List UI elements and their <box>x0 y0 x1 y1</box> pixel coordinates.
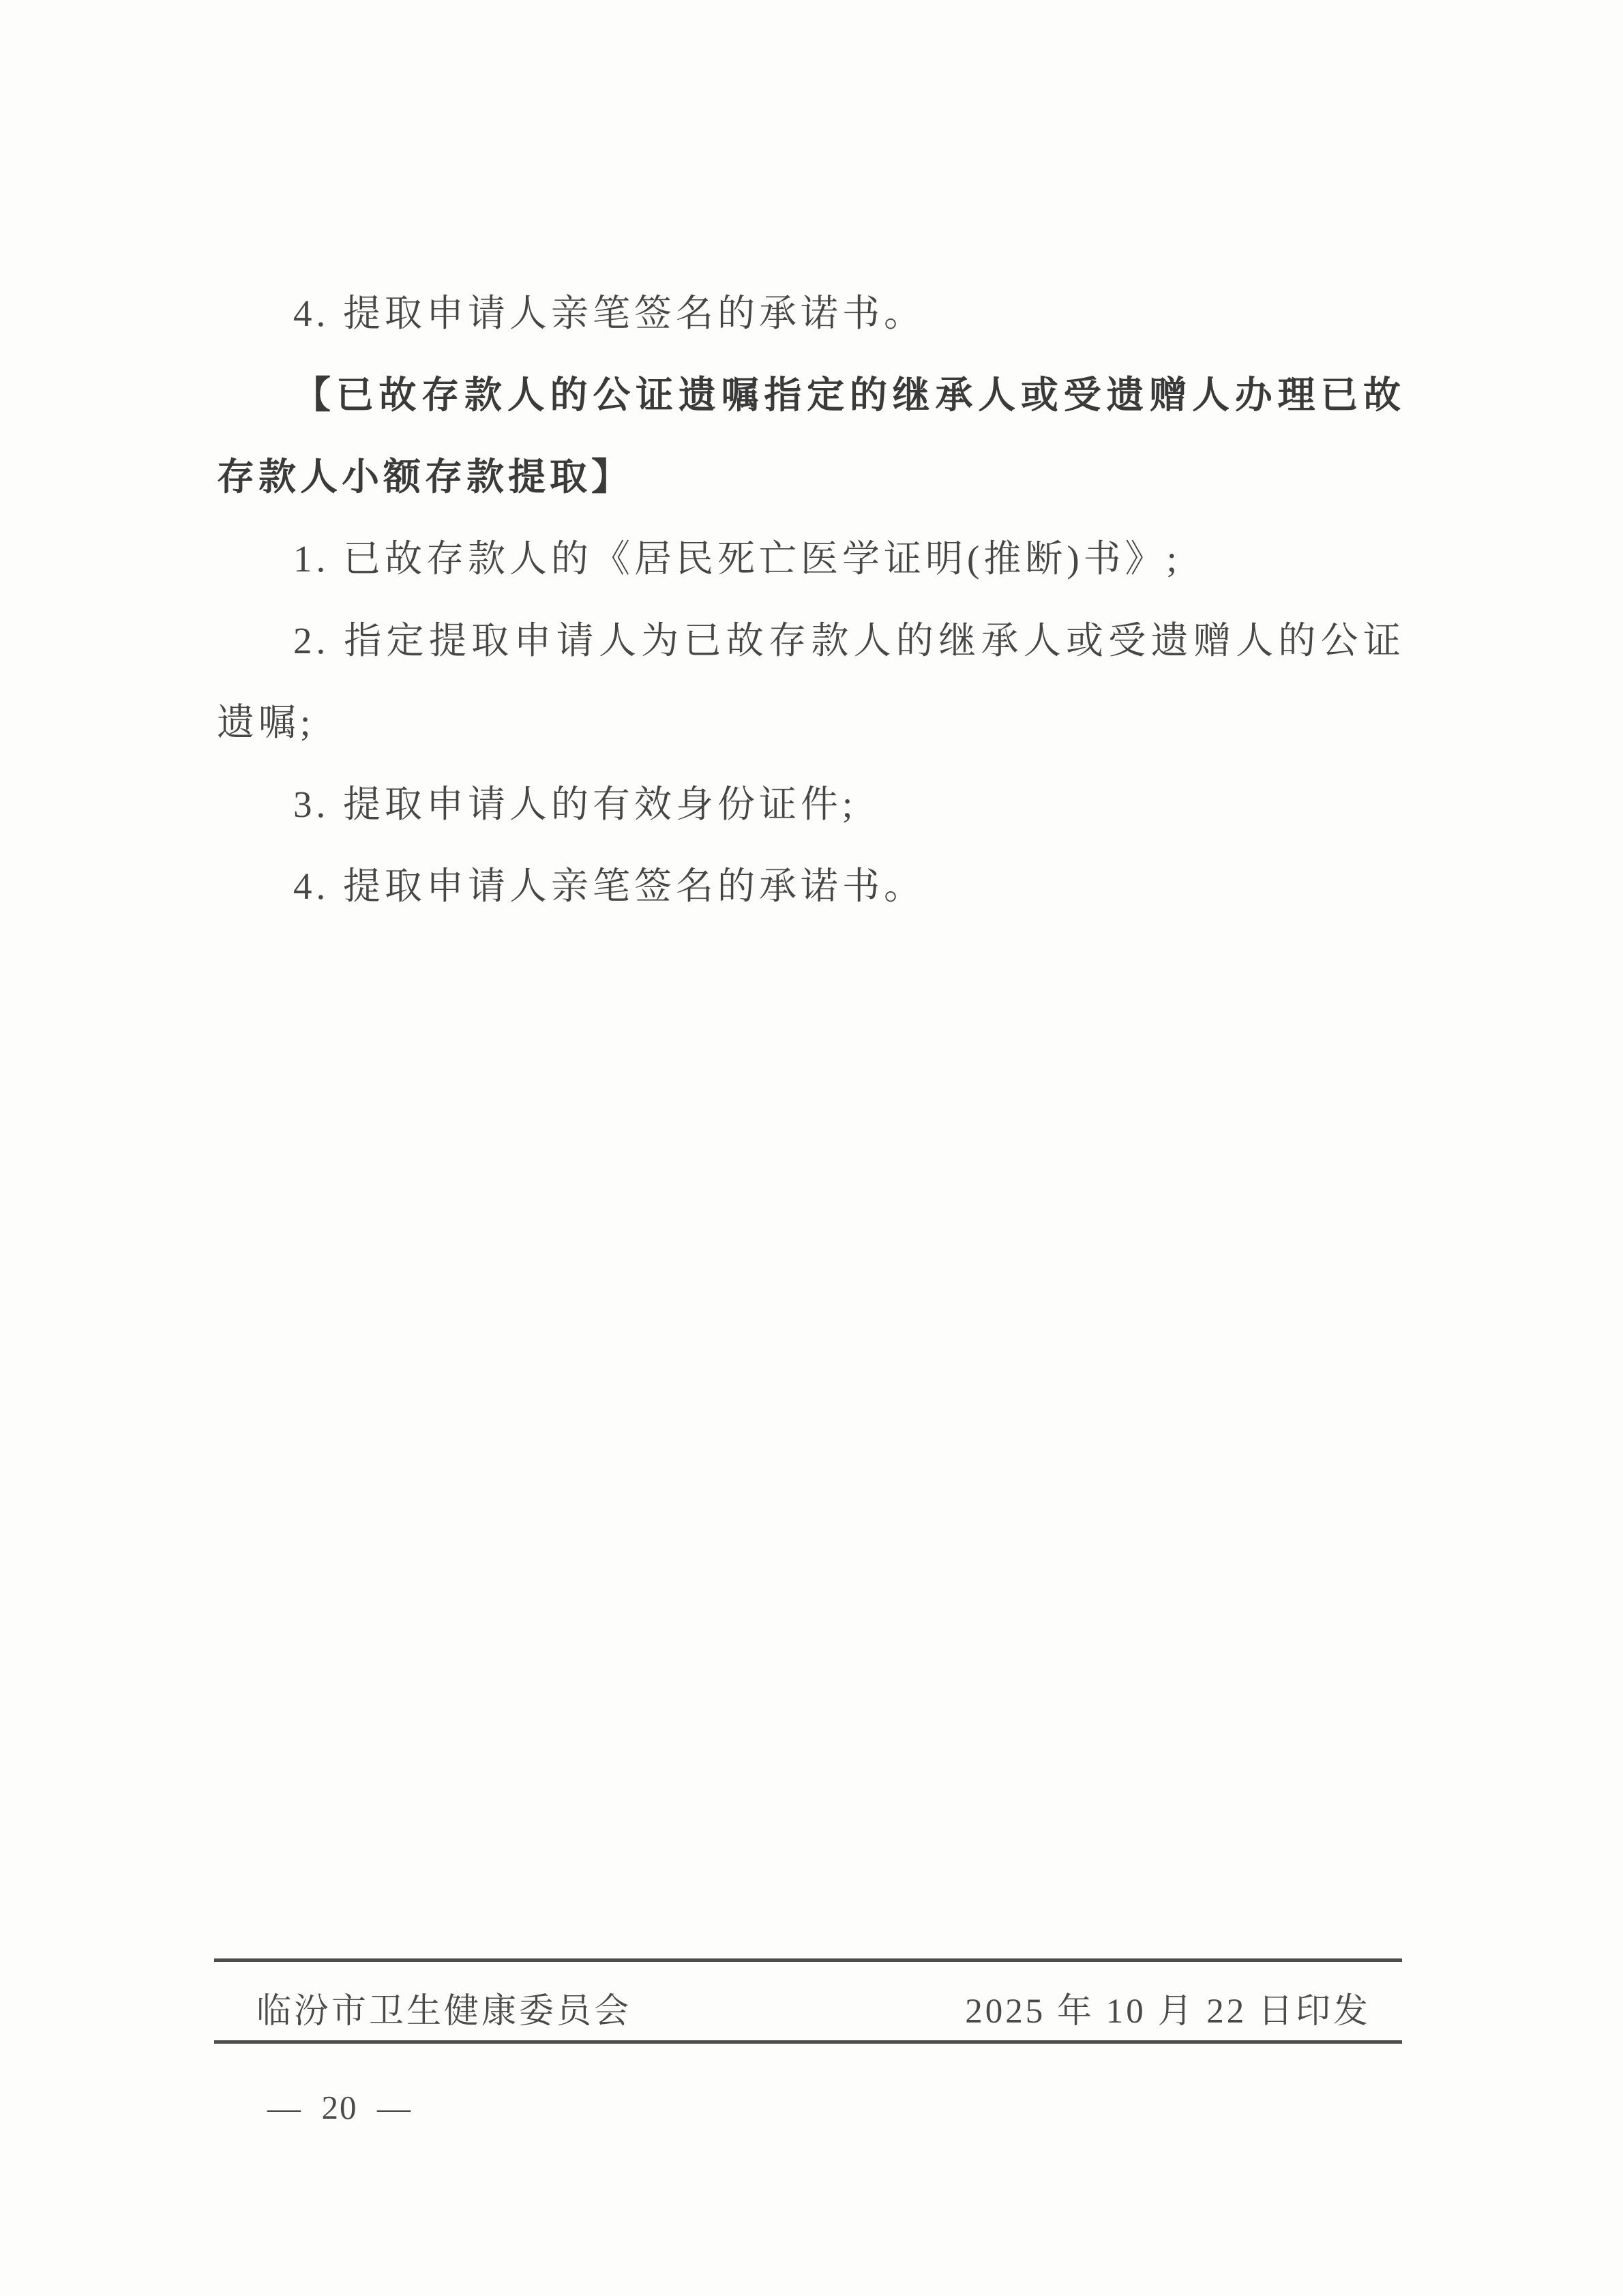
footer-rule-bottom <box>214 2040 1402 2044</box>
body-line: 1. 已故存款人的《居民死亡医学证明(推断)书》; <box>217 518 1405 600</box>
body-line-section-heading: 【已故存款人的公证遗嘱指定的继承人或受遗赠人办理已故 <box>217 355 1405 436</box>
body-line-section-heading-continued: 存款人小额存款提取】 <box>217 436 1405 518</box>
body-line: 3. 提取申请人的有效身份证件; <box>217 764 1405 846</box>
footer-issuer: 临汾市卫生健康委员会 <box>256 1982 631 2033</box>
footer-row: 临汾市卫生健康委员会 2025 年 10 月 22 日印发 <box>214 1976 1402 2039</box>
footer-rule-top <box>214 1958 1402 1962</box>
document-page: 4. 提取申请人亲笔签名的承诺书。 【已故存款人的公证遗嘱指定的继承人或受遗赠人… <box>0 0 1623 2296</box>
body-line: 2. 指定提取申请人为已故存款人的继承人或受遗赠人的公证 <box>217 600 1405 682</box>
body-line: 遗嘱; <box>217 682 1405 764</box>
footer-print-date: 2025 年 10 月 22 日印发 <box>965 1982 1371 2033</box>
body-text-block: 4. 提取申请人亲笔签名的承诺书。 【已故存款人的公证遗嘱指定的继承人或受遗赠人… <box>217 273 1405 927</box>
body-line: 4. 提取申请人亲笔签名的承诺书。 <box>217 273 1405 355</box>
body-line: 4. 提取申请人亲笔签名的承诺书。 <box>217 846 1405 927</box>
page-number: — 20 — <box>267 2084 412 2132</box>
